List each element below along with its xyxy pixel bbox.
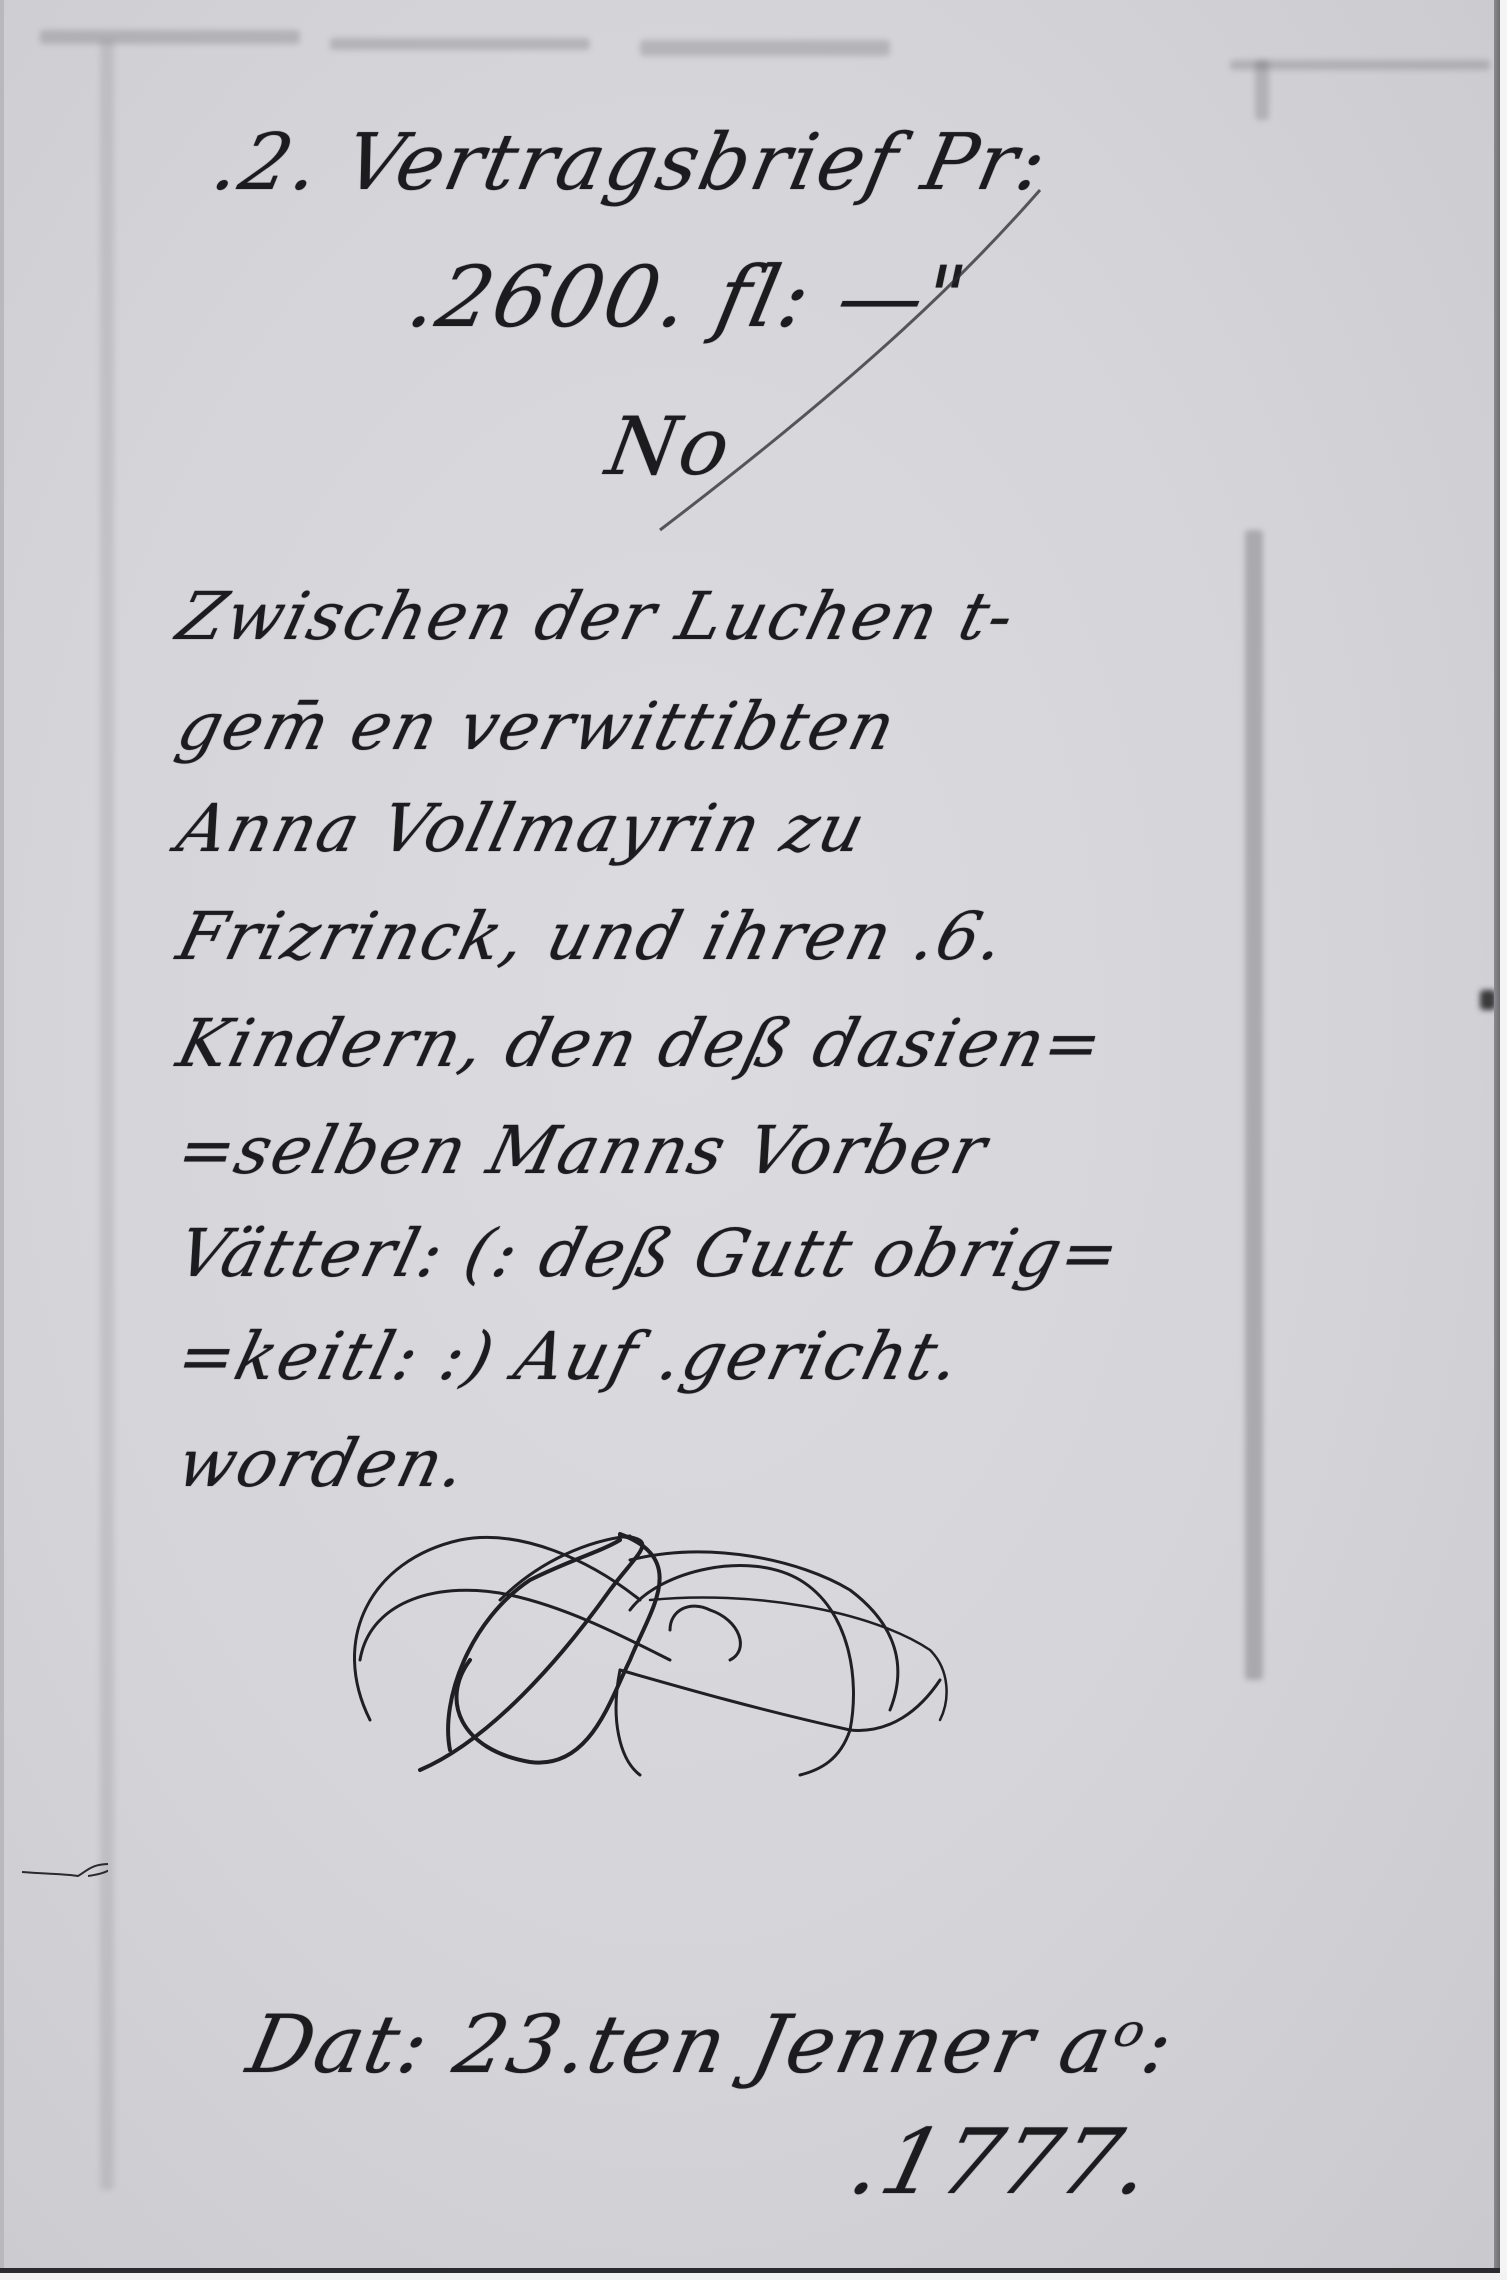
heading: .2. Vertragsbrief Pr: bbox=[205, 118, 1056, 208]
number-label: No bbox=[600, 400, 739, 493]
bleed-through-mark bbox=[40, 30, 300, 44]
manuscript-page: .2. Vertragsbrief Pr: .2600. fl: —" No Z… bbox=[0, 0, 1494, 2270]
page-edge-left bbox=[0, 0, 4, 2270]
body-line: Anna Vollmayrin zu bbox=[170, 790, 874, 867]
bleed-through-mark bbox=[1230, 60, 1490, 70]
scan-border-right bbox=[1500, 0, 1507, 2280]
bleed-through-mark bbox=[1255, 60, 1269, 120]
body-line: gem̄ en verwittibten bbox=[170, 688, 905, 765]
scan-border-bottom bbox=[0, 2273, 1507, 2280]
body-line: Frizrinck, und ihren .6. bbox=[170, 898, 1014, 975]
body-line: Kindern, den deß dasien= bbox=[170, 1005, 1112, 1082]
margin-stain bbox=[1480, 990, 1494, 1010]
bleed-through-mark bbox=[640, 40, 890, 56]
amount: .2600. fl: —" bbox=[400, 248, 976, 346]
signature-flourish-icon bbox=[330, 1500, 1130, 1820]
margin-arrow-icon bbox=[18, 1850, 108, 1890]
body-line: =selben Manns Vorber bbox=[170, 1112, 996, 1189]
body-line: Zwischen der Luchen t- bbox=[170, 578, 1024, 655]
date-line: Dat: 23.ten Jenner aᵒ: bbox=[240, 1998, 1183, 2091]
body-line: =keitl: :) Auf .gericht. bbox=[170, 1318, 970, 1395]
year: .1777. bbox=[840, 2110, 1164, 2215]
bleed-through-mark bbox=[330, 38, 590, 50]
margin-stain bbox=[1245, 530, 1263, 1680]
body-line: worden. bbox=[170, 1425, 476, 1502]
body-line: Vätterl: (: deß Gutt obrig= bbox=[170, 1215, 1129, 1292]
